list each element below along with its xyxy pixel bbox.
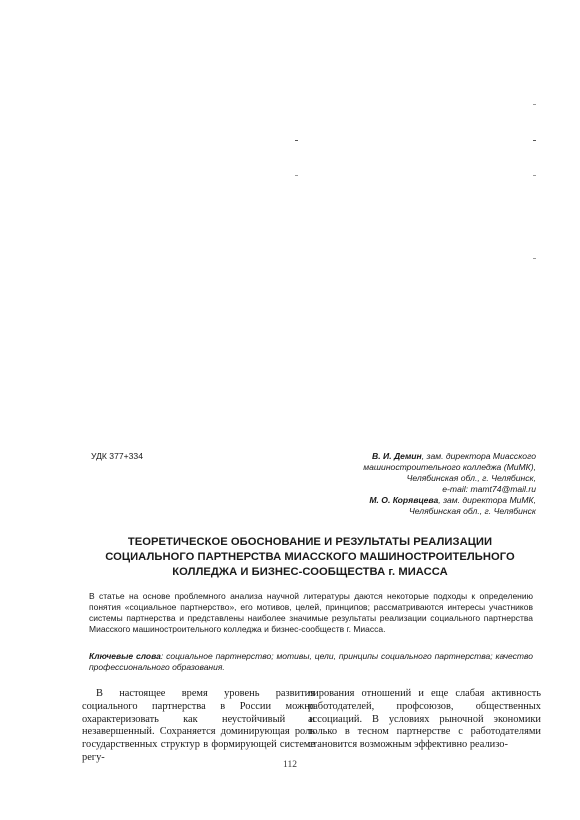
article-title: ТЕОРЕТИЧЕСКОЕ ОБОСНОВАНИЕ И РЕЗУЛЬТАТЫ Р… [80, 535, 540, 580]
title-line: СОЦИАЛЬНОГО ПАРТНЕРСТВА МИАССКОГО МАШИНО… [80, 550, 540, 565]
scan-mark [533, 104, 536, 105]
scan-mark [533, 258, 536, 259]
abstract: В статье на основе проблемного анализа н… [89, 591, 533, 635]
keywords-label: Ключевые слова [89, 651, 161, 661]
keywords: Ключевые слова: социальное партнерство; … [89, 651, 533, 673]
author-1-name: В. И. Демин [372, 451, 422, 461]
author-2-affiliation: , зам. директора МиМК, [438, 495, 536, 505]
scan-mark [533, 175, 536, 176]
title-line: ТЕОРЕТИЧЕСКОЕ ОБОСНОВАНИЕ И РЕЗУЛЬТАТЫ Р… [80, 535, 540, 550]
author-2-name: М. О. Корявцева [369, 495, 438, 505]
body-column-left: В настоящее время уровень развития социа… [82, 688, 315, 765]
scan-mark [533, 140, 536, 141]
author-1-affiliation-line: Челябинская обл., г. Челябинск, [236, 473, 536, 484]
scan-mark [295, 140, 298, 141]
author-1-email: e-mail: mamt74@mail.ru [236, 484, 536, 495]
scan-mark [295, 175, 298, 176]
author-1-affiliation-line: машиностроительного колледжа (МиМК), [236, 462, 536, 473]
author-1: В. И. Демин, зам. директора Миасского [236, 451, 536, 462]
author-1-affiliation: , зам. директора Миасского [422, 451, 536, 461]
body-paragraph: В настоящее время уровень развития социа… [82, 688, 315, 765]
udk-code: УДК 377+334 [91, 451, 143, 461]
title-line: КОЛЛЕДЖА И БИЗНЕС-СООБЩЕСТВА г. МИАССА [80, 565, 540, 580]
page-number: 112 [0, 760, 580, 770]
author-2: М. О. Корявцева, зам. директора МиМК, [236, 495, 536, 506]
body-paragraph: лирования отношений и еще слабая активно… [308, 688, 541, 752]
author-2-affiliation-line: Челябинская обл., г. Челябинск [236, 506, 536, 517]
body-column-right: лирования отношений и еще слабая активно… [308, 688, 541, 752]
author-block: В. И. Демин, зам. директора Миасского ма… [236, 451, 536, 517]
